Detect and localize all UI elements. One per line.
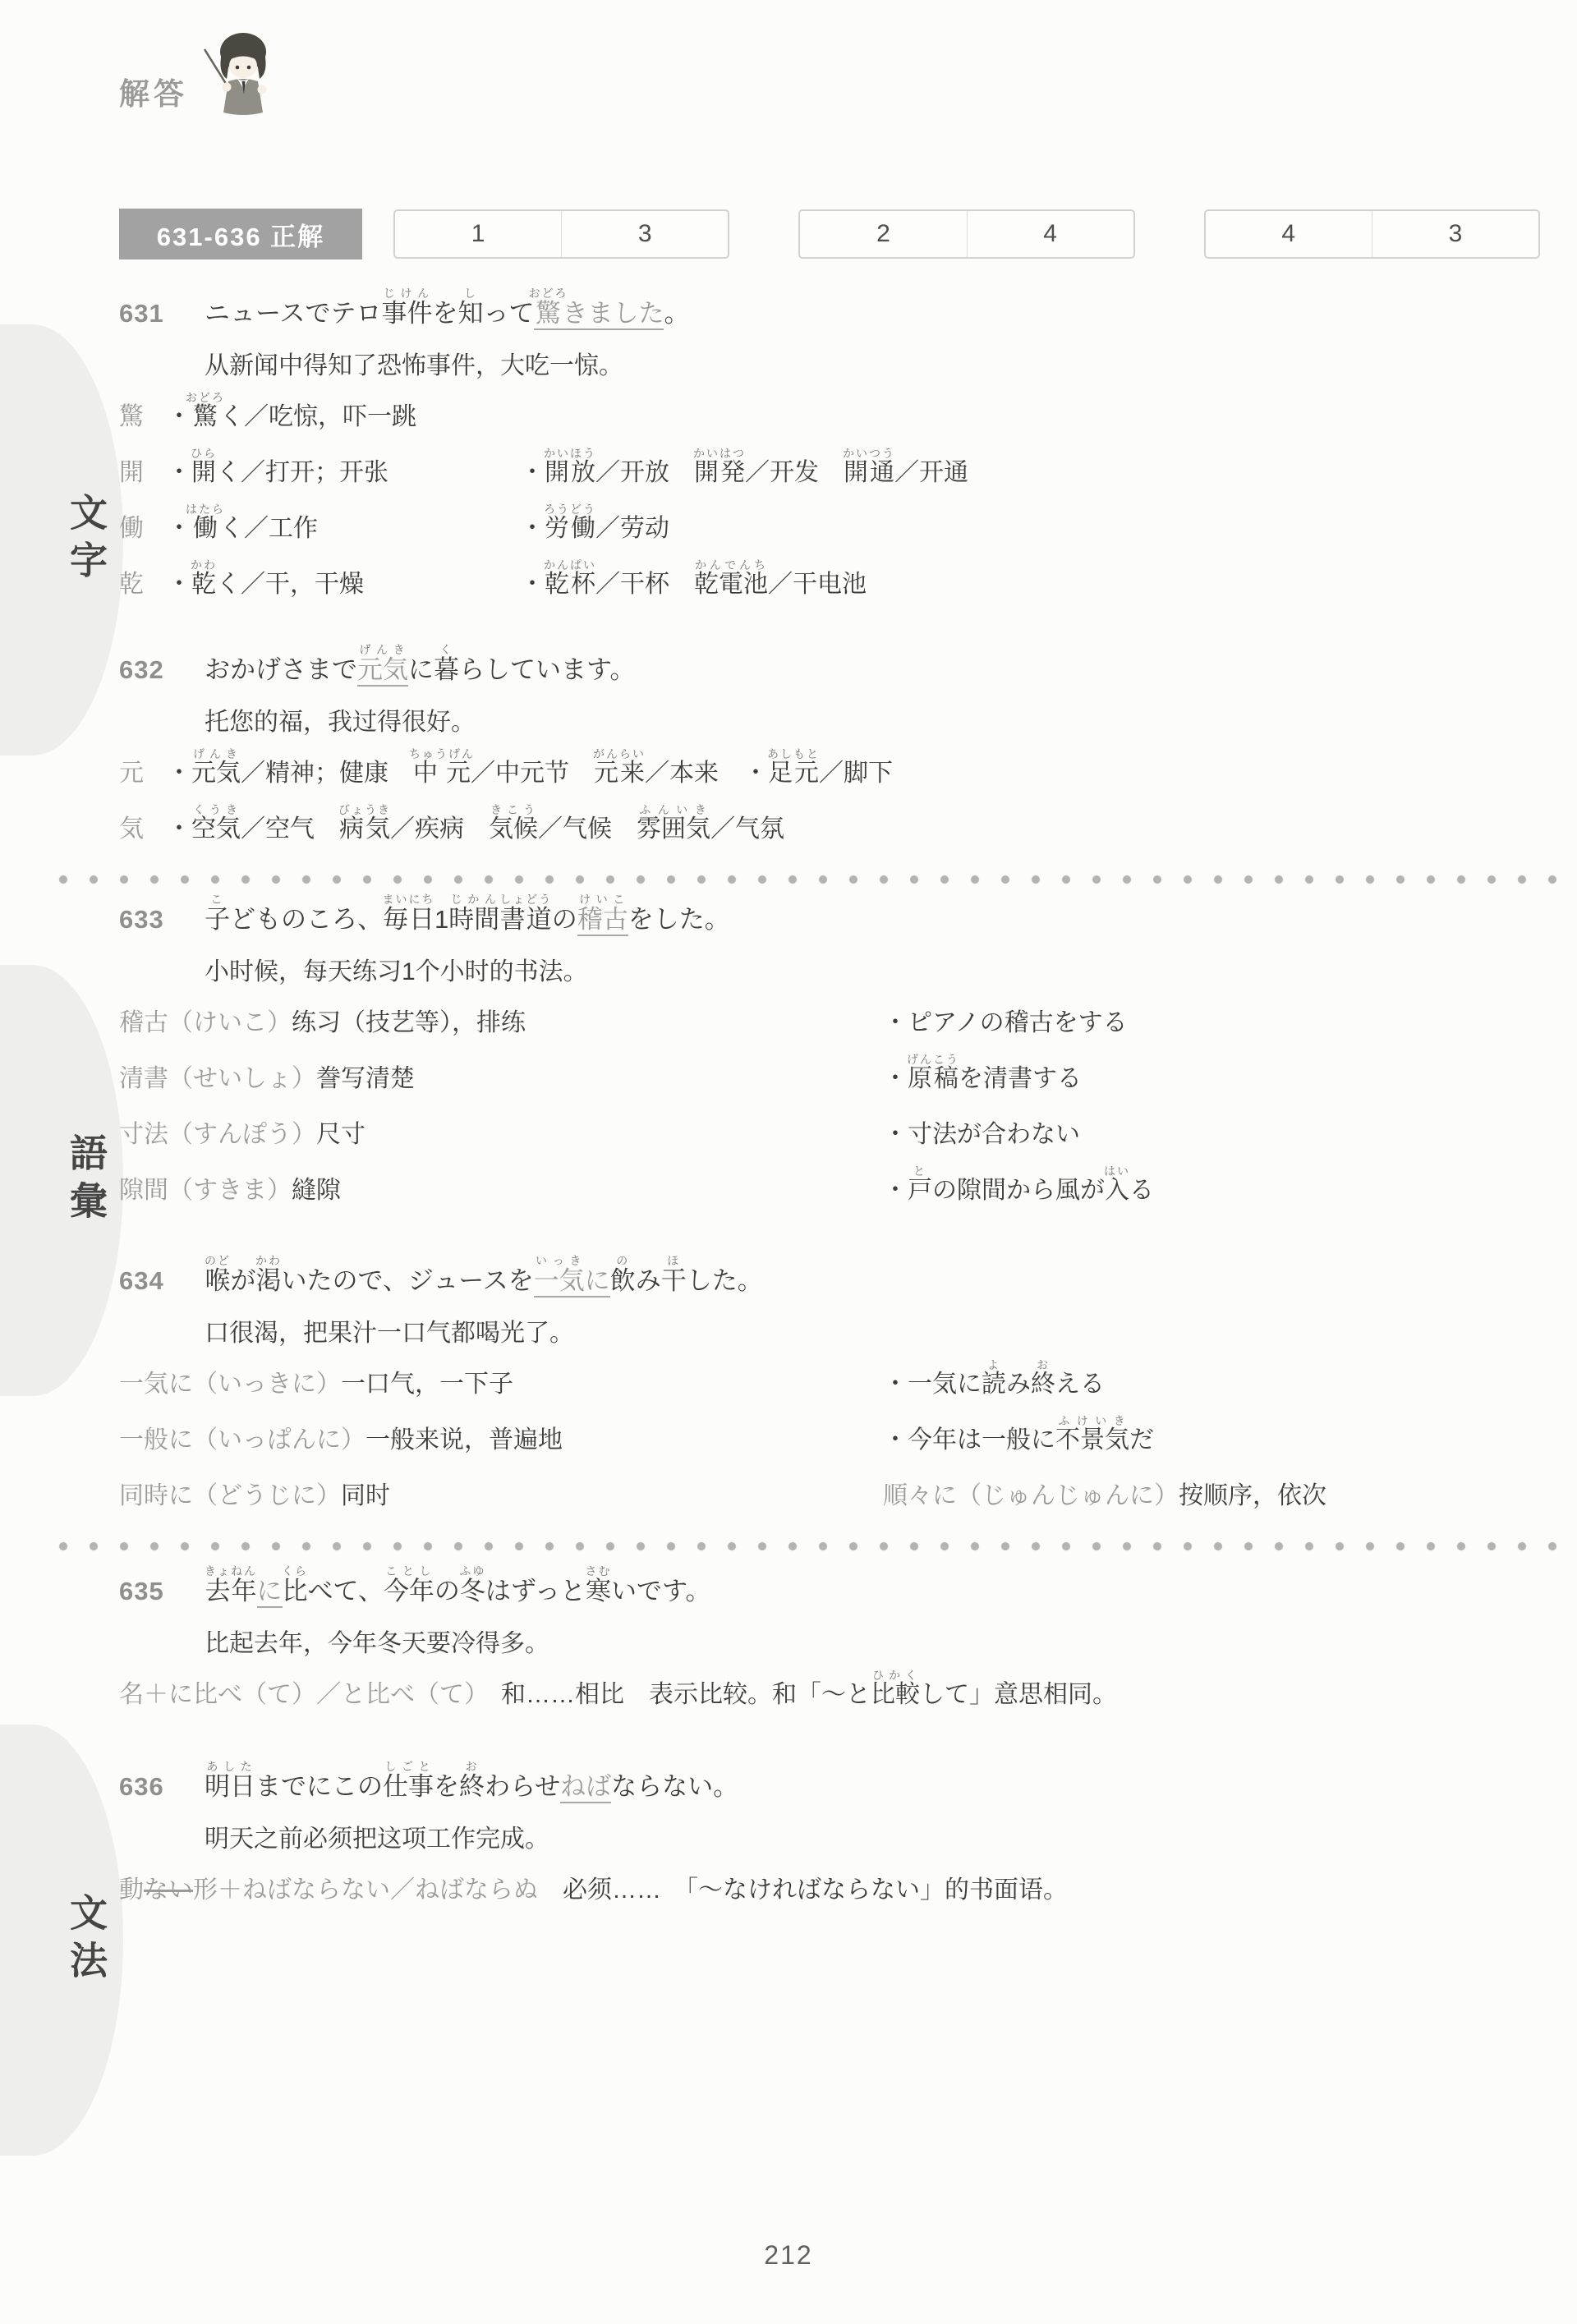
vocab-example: ・寸法が合わない xyxy=(883,1107,1540,1163)
vocab-row: 稽古（けいこ）练习（技艺等），排练 ・ピアノの稽古をする xyxy=(119,995,1540,1051)
vocab-examples xyxy=(520,389,1540,445)
vocab-item: 同時に（どうじに）同时 xyxy=(119,1468,883,1524)
answer-cell-633: 2 xyxy=(800,211,966,257)
vocab-head-kanji: 気 xyxy=(119,801,167,857)
vocab-example: ・原稿げんこうを清書する xyxy=(883,1051,1540,1107)
section-634: 634 喉のどが渇かわいたので、ジュースを一気いっきに飲のみ干ほした。 口很渴，… xyxy=(119,1252,1540,1524)
vocab-row: 同時に（どうじに）同时 順々に（じゅんじゅんに）按顺序，依次 xyxy=(119,1468,1540,1524)
vocab-examples: ・乾杯かんぱい／干杯 乾電池かんでんち／干电池 xyxy=(520,557,1540,613)
vocab-item: 寸法（すんぽう）尺寸 xyxy=(119,1107,883,1163)
side-tab-grammar-label: 文法 xyxy=(59,1893,113,1988)
question-sentence-jp: 子こどものころ、毎日まいにち1時間じかん書道しょどうの稽古けいこをした。 xyxy=(205,890,730,949)
question-row: 632 おかげさまで元気げんきに暮くらしています。 xyxy=(119,641,1540,700)
vocab-row: 寸法（すんぽう）尺寸 ・寸法が合わない xyxy=(119,1107,1540,1163)
vocab-row: 開 ・開ひらく／打开；开张 ・開放かいほう／开放 開発かいはつ／开发 開通かいつ… xyxy=(119,445,1540,501)
vocab-row: 働 ・働はたらく／工作 ・労働ろうどう／劳动 xyxy=(119,501,1540,557)
translation-zh: 托您的福，我过得很好。 xyxy=(205,700,1540,746)
vocab-row: 気 ・空気くうき／空气 病気びょうき／疾病 気候きこう／气候 雰囲気ふんいき／气… xyxy=(119,801,1540,857)
vocab-row: 清書（せいしょ）誊写清楚 ・原稿げんこうを清書する xyxy=(119,1051,1540,1107)
side-tab-vocabulary-label: 語彙 xyxy=(59,1133,113,1229)
question-row: 634 喉のどが渇かわいたので、ジュースを一気いっきに飲のみ干ほした。 xyxy=(119,1252,1540,1311)
answers-heading: 解答 xyxy=(119,69,188,115)
textbook-answer-page: 文字 語彙 文法 解答 xyxy=(0,0,1577,2324)
answers-header: 解答 xyxy=(119,33,1540,115)
answer-cell-636: 3 xyxy=(1372,211,1538,257)
answer-group-3: 4 3 xyxy=(1204,209,1540,259)
vocab-row: 隙間（すきま）縫隙 ・戸との隙間から風が入はいる xyxy=(119,1163,1540,1219)
vocab-example: ・今年は一般に不景気ふけいきだ xyxy=(883,1412,1540,1468)
vocab-head-kanji: 元 xyxy=(119,746,167,801)
vocab-head-kanji: 働 xyxy=(119,501,167,557)
translation-zh: 明天之前必须把这项工作完成。 xyxy=(205,1816,1540,1862)
section-636: 636 明日あしたまでにこの仕事しごとを終おわらせねばならない。 明天之前必须把… xyxy=(119,1757,1540,1918)
dotted-divider xyxy=(57,874,1577,885)
answer-cell-635: 4 xyxy=(1206,211,1372,257)
question-row: 635 去年きょねんに比くらべて、今年ことしの冬ふゆはずっと寒さむいです。 xyxy=(119,1562,1540,1621)
vocab-row: 元 ・元気げんき／精神；健康 中元ちゅうげん／中元节 元来がんらい／本来 ・足元… xyxy=(119,746,1540,801)
answer-key-bar: 631-636 正解 1 3 2 4 4 3 xyxy=(119,207,1540,261)
vocab-example: 順々に（じゅんじゅんに）按顺序，依次 xyxy=(883,1468,1540,1524)
vocab-item: 一般に（いっぱんに）一般来说，普遍地 xyxy=(119,1412,883,1468)
vocab-item: 一気に（いっきに）一口气，一下子 xyxy=(119,1357,883,1412)
vocab-item: ・驚おどろく／吃惊，吓一跳 xyxy=(167,389,520,445)
vocab-item: 隙間（すきま）縫隙 xyxy=(119,1163,883,1219)
vocab-example: ・ピアノの稽古をする xyxy=(883,995,1540,1051)
vocab-row: 一気に（いっきに）一口气，一下子 ・一気に読よみ終おえる xyxy=(119,1357,1540,1412)
vocab-examples: ・空気くうき／空气 病気びょうき／疾病 気候きこう／气候 雰囲気ふんいき／气氛 xyxy=(167,801,1540,857)
answer-cell-632: 3 xyxy=(561,211,728,257)
vocab-head-kanji: 乾 xyxy=(119,557,167,613)
vocab-item: 清書（せいしょ）誊写清楚 xyxy=(119,1051,883,1107)
grammar-note: 名＋に比べ（て）／と比べ（て） 和……相比 表示比较。和「～と比較ひかくして」意… xyxy=(119,1667,1540,1723)
question-number: 634 xyxy=(119,1252,205,1311)
vocab-example: ・一気に読よみ終おえる xyxy=(883,1357,1540,1412)
grammar-note: 動ない形＋ねばならない／ねばならぬ 必须…… 「～なければならない」的书面语。 xyxy=(119,1862,1540,1918)
teacher-mascot-icon xyxy=(196,30,280,115)
vocab-row: 一般に（いっぱんに）一般来说，普遍地 ・今年は一般に不景気ふけいきだ xyxy=(119,1412,1540,1468)
question-number: 631 xyxy=(119,284,205,343)
section-633: 633 子こどものころ、毎日まいにち1時間じかん書道しょどうの稽古けいこをした。… xyxy=(119,890,1540,1219)
side-tab-vocabulary: 語彙 xyxy=(0,965,123,1396)
question-number: 635 xyxy=(119,1562,205,1621)
vocab-examples: ・開放かいほう／开放 開発かいはつ／开发 開通かいつう／开通 xyxy=(520,445,1540,501)
vocab-examples: ・労働ろうどう／劳动 xyxy=(520,501,1540,557)
question-number: 632 xyxy=(119,641,205,700)
question-number: 633 xyxy=(119,890,205,949)
dotted-divider xyxy=(57,1541,1577,1552)
side-tab-grammar: 文法 xyxy=(0,1725,123,2156)
vocab-item: ・働はたらく／工作 xyxy=(167,501,520,557)
question-sentence-jp: ニュースでテロ事件じけんを知しって驚おどろきました。 xyxy=(205,284,689,343)
page-number: 212 xyxy=(0,2240,1577,2271)
question-number: 636 xyxy=(119,1757,205,1816)
question-sentence-jp: 去年きょねんに比くらべて、今年ことしの冬ふゆはずっと寒さむいです。 xyxy=(205,1562,711,1621)
vocab-item: ・乾かわく／干，干燥 xyxy=(167,557,520,613)
translation-zh: 小时候，每天练习1个小时的书法。 xyxy=(205,949,1540,995)
answer-groups: 1 3 2 4 4 3 xyxy=(393,209,1540,259)
question-row: 633 子こどものころ、毎日まいにち1時間じかん書道しょどうの稽古けいこをした。 xyxy=(119,890,1540,949)
answer-cell-634: 4 xyxy=(967,211,1133,257)
question-sentence-jp: 喉のどが渇かわいたので、ジュースを一気いっきに飲のみ干ほした。 xyxy=(205,1252,763,1311)
vocab-row: 乾 ・乾かわく／干，干燥 ・乾杯かんぱい／干杯 乾電池かんでんち／干电池 xyxy=(119,557,1540,613)
side-tab-characters: 文字 xyxy=(0,324,123,756)
vocab-example: ・戸との隙間から風が入はいる xyxy=(883,1163,1540,1219)
translation-zh: 比起去年，今年冬天要冷得多。 xyxy=(205,1621,1540,1667)
side-tab-characters-label: 文字 xyxy=(59,493,113,588)
vocab-row: 驚 ・驚おどろく／吃惊，吓一跳 xyxy=(119,389,1540,445)
question-row: 631 ニュースでテロ事件じけんを知しって驚おどろきました。 xyxy=(119,284,1540,343)
section-631: 631 ニュースでテロ事件じけんを知しって驚おどろきました。 从新闻中得知了恐怖… xyxy=(119,284,1540,613)
translation-zh: 从新闻中得知了恐怖事件，大吃一惊。 xyxy=(205,343,1540,389)
vocab-examples: ・元気げんき／精神；健康 中元ちゅうげん／中元节 元来がんらい／本来 ・足元あし… xyxy=(167,746,1540,801)
section-635: 635 去年きょねんに比くらべて、今年ことしの冬ふゆはずっと寒さむいです。 比起… xyxy=(119,1562,1540,1723)
question-row: 636 明日あしたまでにこの仕事しごとを終おわらせねばならない。 xyxy=(119,1757,1540,1816)
translation-zh: 口很渴，把果汁一口气都喝光了。 xyxy=(205,1311,1540,1357)
vocab-head-kanji: 驚 xyxy=(119,389,167,445)
answer-group-2: 2 4 xyxy=(798,209,1134,259)
vocab-item: 稽古（けいこ）练习（技艺等），排练 xyxy=(119,995,883,1051)
question-sentence-jp: おかげさまで元気げんきに暮くらしています。 xyxy=(205,641,636,700)
section-632: 632 おかげさまで元気げんきに暮くらしています。 托您的福，我过得很好。 元 … xyxy=(119,641,1540,857)
answer-group-1: 1 3 xyxy=(393,209,729,259)
vocab-head-kanji: 開 xyxy=(119,445,167,501)
answer-cell-631: 1 xyxy=(395,211,561,257)
question-sentence-jp: 明日あしたまでにこの仕事しごとを終おわらせねばならない。 xyxy=(205,1757,738,1816)
answer-range-badge: 631-636 正解 xyxy=(119,209,362,259)
page-content: 解答 631-636 正解 1 xyxy=(119,33,1540,1918)
vocab-item: ・開ひらく／打开；开张 xyxy=(167,445,520,501)
